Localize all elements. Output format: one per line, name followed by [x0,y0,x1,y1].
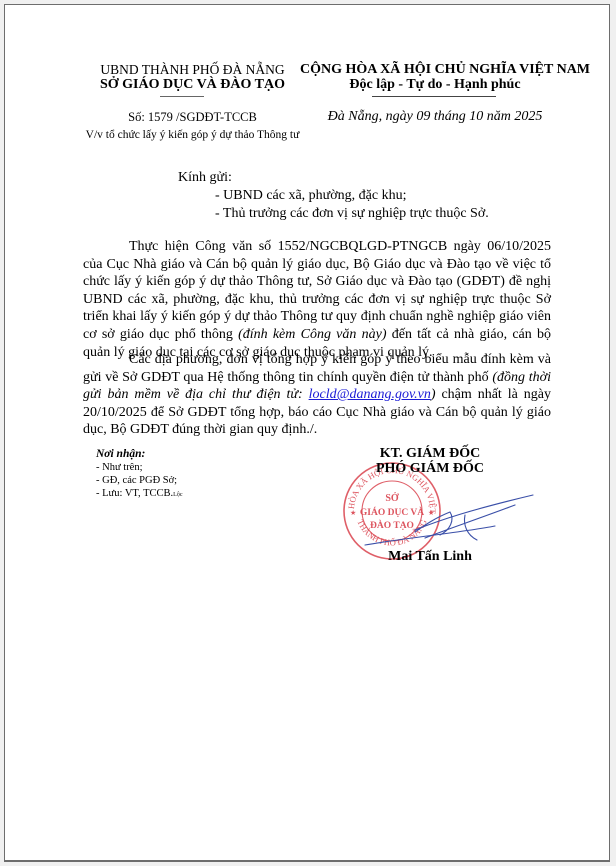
document-number: Số: 1579 /SGDĐT-TCCB [80,110,305,125]
signature-title-2: PHÓ GIÁM ĐỐC [330,461,530,477]
recipients-label: Kính gửi: [178,170,232,186]
recipient-item: - UBND các xã, phường, đặc khu; [215,188,407,204]
issuing-org: SỞ GIÁO DỤC VÀ ĐÀO TẠO [80,77,305,93]
drafter-initials: Lộc [173,492,182,498]
body-paragraph-1: Thực hiện Công văn số 1552/NGCBQLGD-PTNG… [83,238,551,361]
body-paragraph-2: Các địa phương, đơn vị tổng hợp ý kiến g… [83,351,551,439]
receivers-title: Nơi nhận: [96,448,145,460]
national-motto: Độc lập - Tự do - Hạnh phúc [300,77,570,93]
attachment-note: (đính kèm Công văn này) [238,327,386,342]
national-title: CỘNG HÒA XÃ HỘI CHỦ NGHĨA VIỆT NAM [300,62,570,78]
place-date: Đà Nẵng, ngày 09 tháng 10 năm 2025 [300,109,570,125]
signature-title-1: KT. GIÁM ĐỐC [330,446,530,462]
signer-name: Mai Tấn Linh [330,549,530,565]
email-link[interactable]: locld@danang.gov.vn [309,387,431,402]
parent-org: UBND THÀNH PHỐ ĐÀ NẴNG [80,62,305,78]
document-subject: V/v tổ chức lấy ý kiến góp ý dự thảo Thô… [80,128,305,143]
recipient-item: - Thủ trưởng các đơn vị sự nghiệp trực t… [215,206,489,222]
receiver-item: - Lưu: VT, TCCB.Lộc [96,488,182,499]
motto-underline [372,96,496,97]
receiver-item: - Như trên; [96,462,143,473]
handwritten-signature-icon [355,490,535,550]
receiver-item: - GĐ, các PGĐ Sở; [96,475,177,486]
org-underline [160,96,204,97]
